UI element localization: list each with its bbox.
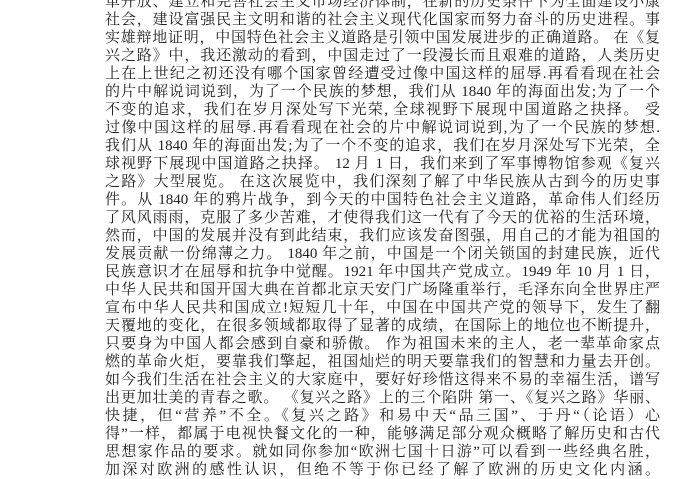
text-line: 民族意识才在屈辱和抗争中觉醒。1921 年中国共产党成立。1949 年 10 月… xyxy=(105,263,660,281)
text-line: 中华人民共和国开国大典在首都北京天安门广场隆重举行，毛泽东向全世界庄严 xyxy=(105,281,660,299)
text-line: 了风风雨雨，克服了多少苦难，才使得我们这一代有了今天的优裕的生活环境， xyxy=(105,209,660,227)
text-line: 加深对欧洲的感性认识，但绝不等于你已经了解了欧洲的历史文化内涵。 xyxy=(105,461,660,470)
text-line: 思想家作品的要求。就如同你参加“欧洲七国十日游”可以看到一些经典名胜， xyxy=(105,443,660,461)
text-line: 发展贡献一份绵薄之力。 1840 年之前，中国是一个闭关锁国的封建民族，近代 xyxy=(105,245,660,263)
text-line: 实雄辩地证明，中国特色社会主义道路是引领中国发展进步的正确道路。 在《复 xyxy=(105,29,660,47)
text-line: 社会，建设富强民主文明和谐的社会主义现代化国家而努力奋斗的历史进程。事 xyxy=(105,11,660,29)
text-line: 我们从 1840 年的海面出发;为了一个不变的追求，我们在岁月深处写下光荣，全 xyxy=(105,137,660,155)
text-line: 不变的追求，我们在岁月深处写下光荣, 全球视野下展现中国道路之抉择。 受 xyxy=(105,101,660,119)
text-line: 之路》大型展览。 在这次展览中，我们深刻了解了中华民族从古到今的历史事 xyxy=(105,173,660,191)
text-line: 得”一样，都属于电视快餐文化的一种，能够满足部分观众概略了解历史和古代 xyxy=(105,425,660,443)
text-line: 出更加壮美的青春之歌。 《复兴之路》上的三个陷阱 第一、《复兴之路》华丽、 xyxy=(105,389,660,407)
text-line: 宣布中华人民共和国成立!短短几十年，中国在中国共产党的领导下，发生了翻 xyxy=(105,299,660,317)
text-line: 件。从 1840 年的鸦片战争，到今天的中国特色社会主义道路，革命伟人们经历 xyxy=(105,191,660,209)
text-line: 只要身为中国人都会感到自豪和骄傲。 作为祖国未来的主人，老一辈革命家点 xyxy=(105,335,660,353)
text-line: 如今我们生活在社会主义的大家庭中，要好好珍惜这得来不易的幸福生活，谱写 xyxy=(105,371,660,389)
document-page: 革开放、建立和完善社会主义市场经济体制，在新的历史条件下为全面建设小康 社会，建… xyxy=(105,0,660,470)
text-line: 的片中解说词说到，为了一个民族的梦想，我们从 1840 年的海面出发;为了一个 xyxy=(105,83,660,101)
text-line: 球视野下展现中国道路之抉择。 12 月 1 日，我们来到了军事博物馆参观《复兴 xyxy=(105,155,660,173)
text-line: 天覆地的变化，在很多领域都取得了显著的成绩，在国际上的地位也不断提升， xyxy=(105,317,660,335)
text-line: 快捷，但“营养”不全。《复兴之路》和易中天“品三国”、于丹“（论语）心 xyxy=(105,407,660,425)
text-line: 兴之路》中，我还激动的看到，中国走过了一段漫长而且艰难的道路，人类历史 xyxy=(105,47,660,65)
text-line: 燃的革命火炬，要靠我们擎起，祖国灿烂的明天要靠我们的智慧和力量去开创。 xyxy=(105,353,660,371)
text-line: 然而，中国的发展并没有到此结束，我们应该发奋图强，用自己的才能为祖国的 xyxy=(105,227,660,245)
text-line: 革开放、建立和完善社会主义市场经济体制，在新的历史条件下为全面建设小康 xyxy=(105,0,660,11)
text-line: 过像中国这样的屈辱.再看看现在社会的片中解说词说到,为了一个民族的梦想. xyxy=(105,119,660,137)
text-line: 上在上世纪之初还没有哪个国家曾经遭受过像中国这样的屈辱.再看看现在社会 xyxy=(105,65,660,83)
